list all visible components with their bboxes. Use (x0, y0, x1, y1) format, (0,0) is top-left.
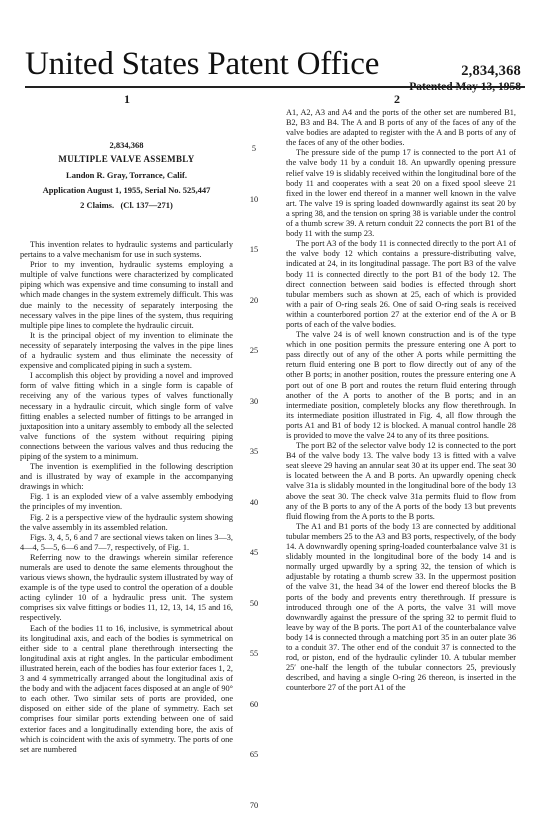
line-number: 25 (246, 346, 262, 355)
paragraph: The port A3 of the body 11 is connected … (286, 239, 516, 330)
paragraph: This invention relates to hydraulic syst… (20, 240, 233, 260)
line-number: 55 (246, 649, 262, 658)
claims-info: 2 Claims. (Cl. 137—271) (20, 200, 233, 210)
paragraph: It is the principal object of my inventi… (20, 331, 233, 371)
line-number: 45 (246, 548, 262, 557)
line-number: 15 (246, 245, 262, 254)
invention-title: MULTIPLE VALVE ASSEMBLY (20, 154, 233, 164)
office-title: United States Patent Office (25, 46, 379, 83)
column-2-body: A1, A2, A3 and A4 and the ports of the o… (286, 108, 516, 693)
paragraph: A1, A2, A3 and A4 and the ports of the o… (286, 108, 516, 148)
patent-number: 2,834,368 (409, 63, 521, 80)
paragraph: The invention is exemplified in the foll… (20, 462, 233, 492)
paragraph: Each of the bodies 11 to 16, inclusive, … (20, 624, 233, 755)
line-number: 70 (246, 801, 262, 810)
line-number: 5 (246, 144, 262, 153)
paragraph: The pressure side of the pump 17 is conn… (286, 148, 516, 239)
paragraph: Figs. 3, 4, 5, 6 and 7 are sectional vie… (20, 533, 233, 553)
meta-patent-number: 2,834,368 (20, 140, 233, 150)
paragraph: Fig. 1 is an exploded view of a valve as… (20, 492, 233, 512)
patent-info: 2,834,368 Patented May 13, 1958 (409, 63, 521, 93)
paragraph: Prior to my invention, hydraulic systems… (20, 260, 233, 331)
line-number: 60 (246, 700, 262, 709)
paragraph: I accomplish this object by providing a … (20, 371, 233, 462)
line-number: 65 (246, 750, 262, 759)
line-number: 35 (246, 447, 262, 456)
header-rule (25, 86, 525, 88)
line-number: 40 (246, 498, 262, 507)
paragraph: The valve 24 is of well known constructi… (286, 330, 516, 441)
line-number: 10 (246, 195, 262, 204)
line-number: 50 (246, 599, 262, 608)
line-number: 30 (246, 397, 262, 406)
column-number-2: 2 (394, 92, 400, 107)
paragraph: Referring now to the drawings wherein si… (20, 553, 233, 624)
application-info: Application August 1, 1955, Serial No. 5… (20, 185, 233, 195)
paragraph: The A1 and B1 ports of the body 13 are c… (286, 522, 516, 694)
column-1-body: This invention relates to hydraulic syst… (20, 240, 233, 755)
paragraph: The port B2 of the selector valve body 1… (286, 441, 516, 522)
line-number: 20 (246, 296, 262, 305)
inventor: Landon R. Gray, Torrance, Calif. (20, 170, 233, 180)
paragraph: Fig. 2 is a perspective view of the hydr… (20, 513, 233, 533)
column-number-1: 1 (124, 92, 130, 107)
